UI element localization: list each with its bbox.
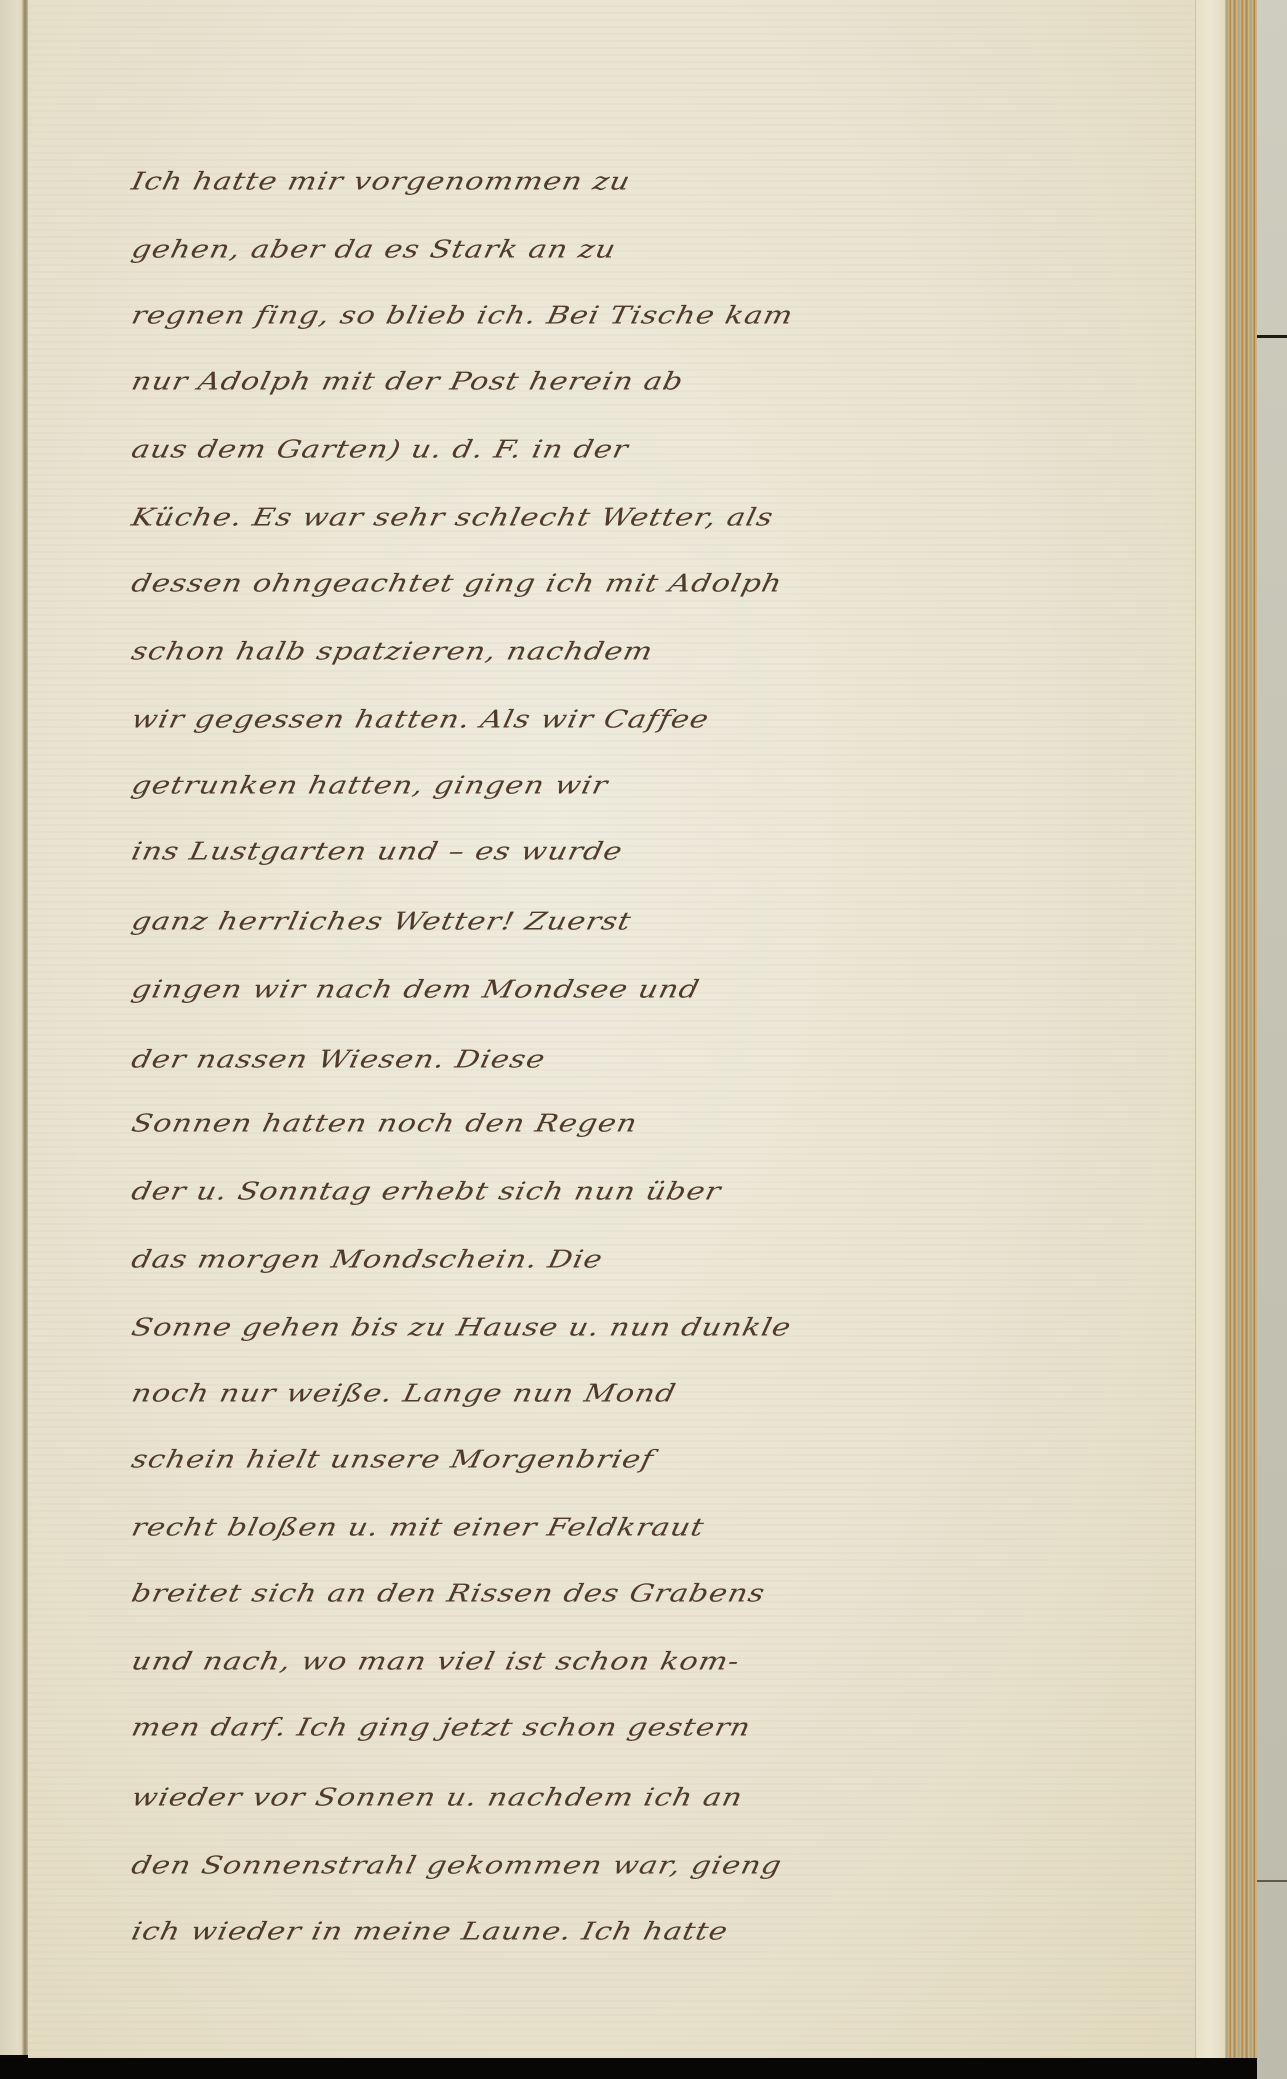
handwritten-line: schein hielt unsere Morgenbrief (128, 1445, 895, 1478)
cover-crease (1257, 335, 1287, 338)
handwritten-line: den Sonnenstrahl gekommen war, gieng (128, 1851, 895, 1884)
handwritten-line: und nach, wo man viel ist schon kom- (128, 1647, 895, 1680)
handwritten-line: ins Lustgarten und – es wurde (128, 837, 895, 870)
handwritten-line: Sonne gehen bis zu Hause u. nun dunkle (128, 1313, 895, 1346)
handwritten-line: aus dem Garten) u. d. F. in der (128, 435, 895, 468)
handwritten-line: der nassen Wiesen. Diese (128, 1045, 895, 1078)
handwritten-line: recht bloßen u. mit einer Feldkraut (128, 1513, 895, 1546)
handwritten-line: wir gegessen hatten. Als wir Caffee (128, 705, 895, 738)
handwritten-line: gingen wir nach dem Mondsee und (128, 975, 895, 1008)
handwritten-line: gehen, aber da es Stark an zu (128, 235, 895, 268)
handwritten-line: men darf. Ich ging jetzt schon gestern (128, 1713, 895, 1746)
stacked-page-edges (1225, 0, 1257, 2065)
handwritten-line: das morgen Mondschein. Die (128, 1245, 895, 1278)
handwritten-line: nur Adolph mit der Post herein ab (128, 367, 895, 400)
handwritten-line: ganz herrliches Wetter! Zuerst (128, 907, 895, 940)
handwritten-line: der u. Sonntag erhebt sich nun über (128, 1177, 895, 1210)
handwritten-line: noch nur weiße. Lange nun Mond (128, 1379, 895, 1412)
handwritten-line: ich wieder in meine Laune. Ich hatte (128, 1917, 895, 1950)
handwritten-line: breitet sich an den Rissen des Grabens (128, 1579, 895, 1612)
book-cover-board (1257, 0, 1287, 2079)
manuscript-page: Ich hatte mir vorgenommen zugehen, aber … (28, 0, 1198, 2059)
cover-crease (1257, 1880, 1287, 1882)
scan-background-shadow (0, 2058, 1257, 2079)
handwritten-line: dessen ohngeachtet ging ich mit Adolph (128, 569, 895, 602)
handwritten-line: getrunken hatten, gingen wir (128, 771, 895, 804)
handwritten-line: schon halb spatzieren, nachdem (128, 637, 895, 670)
handwritten-line: regnen fing, so blieb ich. Bei Tische ka… (128, 301, 895, 334)
handwritten-line: Sonnen hatten noch den Regen (128, 1109, 895, 1142)
handwritten-line: Ich hatte mir vorgenommen zu (128, 167, 895, 200)
handwritten-line: Küche. Es war sehr schlecht Wetter, als (128, 503, 895, 536)
handwritten-line: wieder vor Sonnen u. nachdem ich an (128, 1783, 895, 1816)
page-fold-margin (1195, 0, 1226, 2060)
